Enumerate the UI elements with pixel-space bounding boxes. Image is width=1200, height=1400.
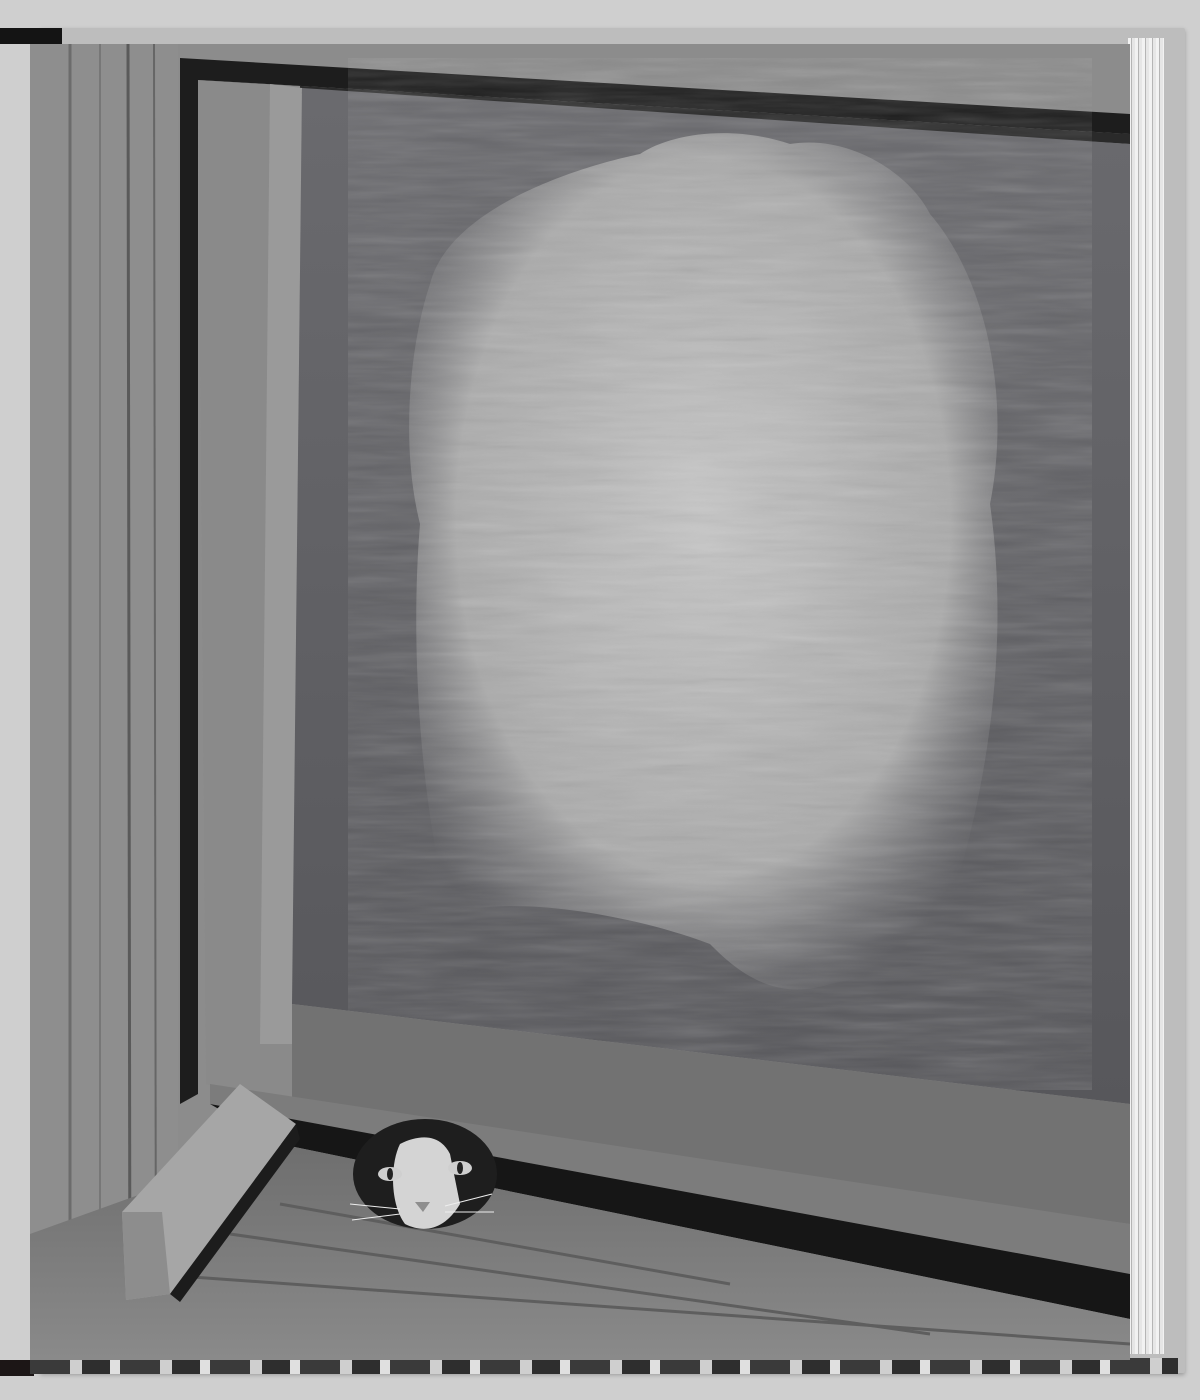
photograph	[30, 44, 1130, 1360]
photo-svg	[30, 44, 1130, 1360]
spine-bottom-mark	[0, 1360, 34, 1376]
page-edges	[1128, 38, 1164, 1354]
book-bottom-edge	[30, 1358, 1178, 1374]
book-scan	[0, 0, 1200, 1400]
spine-top-mark	[0, 28, 62, 44]
